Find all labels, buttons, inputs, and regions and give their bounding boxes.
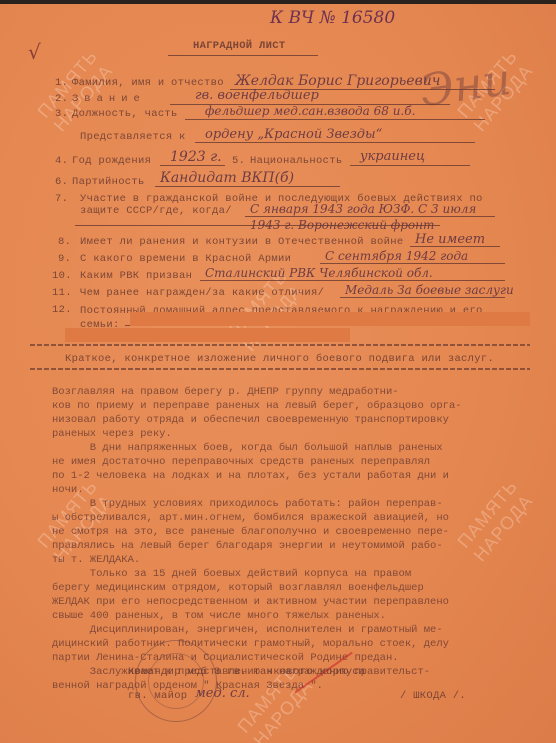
official-stamp <box>135 640 217 722</box>
redacted-address <box>130 312 530 326</box>
signatory-name: / ШКОДА /. <box>400 690 466 702</box>
citation-text: Возглавляя на правом берегу р. ДНЕПР гру… <box>52 385 462 693</box>
redacted-address <box>65 328 350 342</box>
signature-title: Командир мсб 8 гв. танкового корпуса <box>128 666 366 678</box>
divider <box>30 344 530 346</box>
divider <box>30 368 530 370</box>
section-header: Краткое, конкретное изложение личного бо… <box>65 353 494 365</box>
signature-rank: гв. майор <box>128 690 187 702</box>
title-underline <box>168 55 318 56</box>
document-title: НАГРАДНОЙ ЛИСТ <box>193 40 285 52</box>
signature-hand: мед. сл. <box>195 686 250 701</box>
archive-mark: К ВЧ № 16580 <box>270 8 395 28</box>
check-mark: √ <box>28 40 41 64</box>
